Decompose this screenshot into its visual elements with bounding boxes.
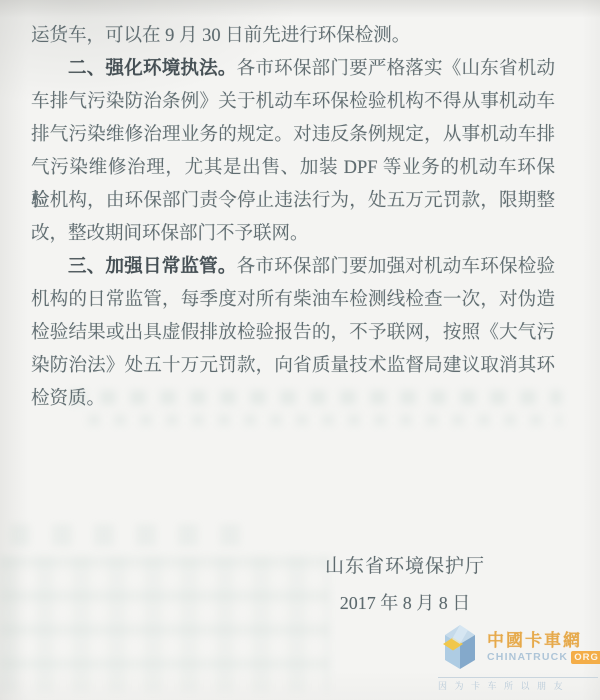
watermark-brand-row: 中國卡車網 CHINATRUCK ORG xyxy=(438,621,598,673)
section-heading: 三、加强日常监管。 xyxy=(68,257,237,277)
chinatruck-watermark: 中國卡車網 CHINATRUCK ORG 因为卡车所以朋友 xyxy=(438,621,598,692)
document-body: 运货车，可以在 9 月 30 日前先进行环保检测。 二、强化环境执法。各市环保部… xyxy=(31,20,555,416)
text-line: 二、强化环境执法。各市环保部门要严格落实《山东省机动 xyxy=(31,53,555,86)
text-line: 染防治法》处五十万元罚款，向省质量技术监督局建议取消其环 xyxy=(31,350,555,383)
line-text: 各市环保部门要严格落实《山东省机动 xyxy=(237,59,555,79)
text-line: 机构的日常监管，每季度对所有柴油车检测线检查一次，对伪造 xyxy=(31,284,555,317)
watermark-tld-badge: ORG xyxy=(571,651,600,664)
text-line: 车排气污染防治条例》关于机动车环保检验机构不得从事机动车 xyxy=(31,86,555,119)
chinatruck-cube-icon xyxy=(438,621,482,673)
text-line: 检资质。 xyxy=(31,383,555,416)
text-line: 气污染维修治理，尤其是出售、加装 DPF 等业务的机动车环保检 xyxy=(31,152,555,185)
watermark-divider xyxy=(438,677,598,678)
watermark-tagline: 因为卡车所以朋友 xyxy=(438,681,598,692)
line-text: 各市环保部门要加强对机动车环保检验 xyxy=(237,257,555,277)
watermark-brand-en: CHINATRUCK ORG xyxy=(487,651,600,664)
section-heading: 二、强化环境执法。 xyxy=(68,59,237,79)
text-line: 检验结果或出具虚假排放检验报告的，不予联网，按照《大气污 xyxy=(31,317,555,350)
bleed-through-mark xyxy=(10,524,260,546)
text-line: 三、加强日常监管。各市环保部门要加强对机动车环保检验 xyxy=(31,251,555,284)
watermark-text-column: 中國卡車網 CHINATRUCK ORG xyxy=(487,631,600,664)
watermark-brand-en-text: CHINATRUCK xyxy=(487,651,568,664)
scanned-document-page: 运货车，可以在 9 月 30 日前先进行环保检测。 二、强化环境执法。各市环保部… xyxy=(0,0,600,700)
text-line: 排气污染维修治理业务的规定。对违反条例规定，从事机动车排 xyxy=(31,119,555,152)
text-line: 运货车，可以在 9 月 30 日前先进行环保检测。 xyxy=(31,20,555,53)
signature-organization: 山东省环境保护厅 xyxy=(300,551,510,578)
text-line: 验机构，由环保部门责令停止违法行为，处五万元罚款，限期整 xyxy=(31,185,555,218)
watermark-brand-cn: 中國卡車網 xyxy=(487,631,600,651)
bleed-through-mark xyxy=(0,556,330,692)
text-line: 改，整改期间环保部门不予联网。 xyxy=(31,218,555,251)
signature-date: 2017 年 8 月 8 日 xyxy=(300,589,510,615)
